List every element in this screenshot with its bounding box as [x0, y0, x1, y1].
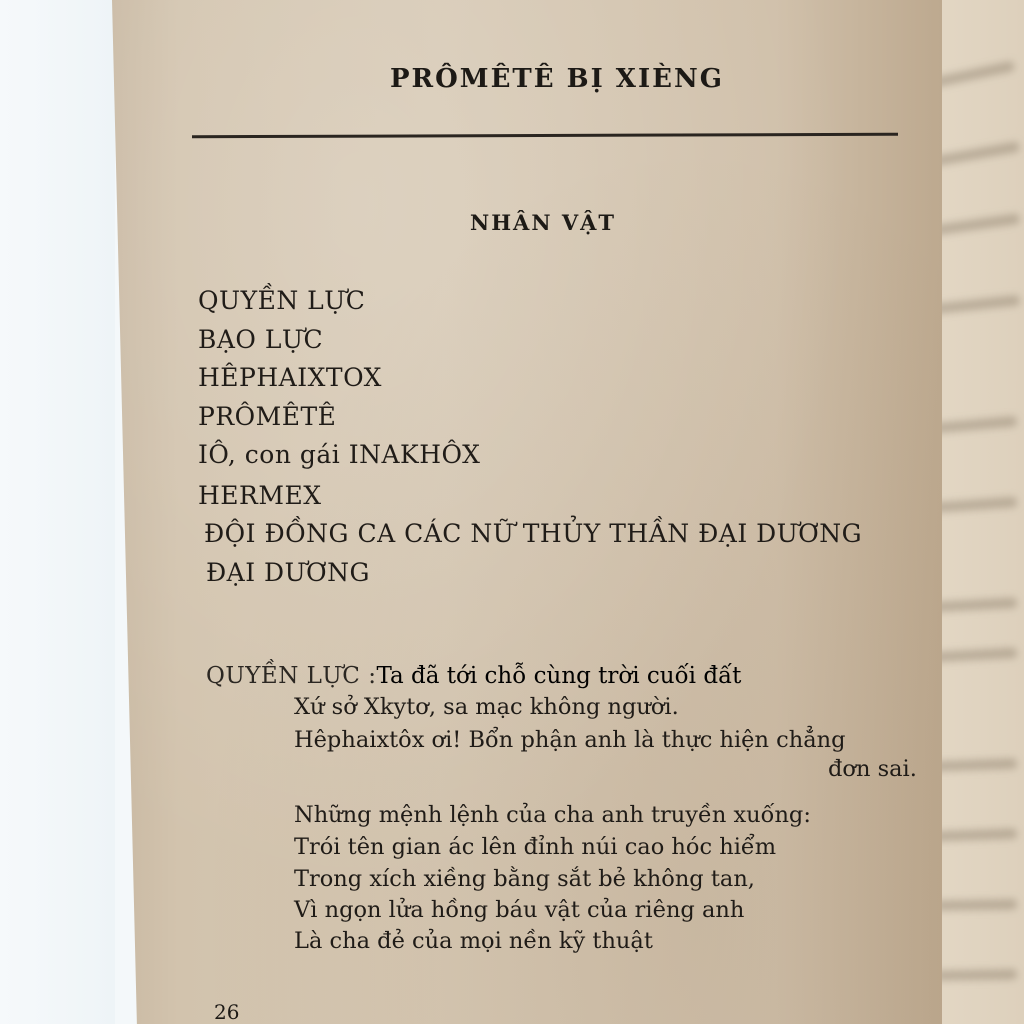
character-item: IÔ, con gái INAKHÔX	[198, 436, 862, 475]
dialogue-line: Vì ngọn lửa hồng báu vật của riêng anh	[294, 897, 744, 923]
dialogue-line: Trong xích xiềng bằng sắt bẻ không tan,	[294, 866, 755, 892]
speaker-name: QUYỀN LỰC :	[206, 663, 376, 689]
character-item: QUYỀN LỰC	[198, 282, 862, 321]
dialogue-line: Là cha đẻ của mọi nền kỹ thuật	[294, 928, 653, 954]
character-item: BẠO LỰC	[198, 321, 862, 360]
dialogue-line: Trói tên gian ác lên đỉnh núi cao hóc hi…	[294, 834, 776, 860]
page-title: PRÔMÊTÊ BỊ XIÈNG	[390, 64, 724, 94]
character-list: QUYỀN LỰC BẠO LỰC HÊPHAIXTOX PRÔMÊTÊ IÔ,…	[198, 282, 862, 592]
character-item: HÊPHAIXTOX	[198, 359, 862, 398]
dialogue-line-continuation: đơn sai.	[828, 756, 917, 782]
character-item: PRÔMÊTÊ	[198, 398, 862, 437]
character-item: ĐỘI ĐỒNG CA CÁC NỮ THỦY THẦN ĐẠI DƯƠNG	[204, 515, 862, 554]
page-number: 26	[214, 1000, 239, 1024]
dialogue-line: Xứ sở Xkytơ, sa mạc không người.	[294, 694, 679, 720]
section-heading: NHÂN VẬT	[470, 210, 616, 235]
dialogue-opening: QUYỀN LỰC :Ta đã tới chỗ cùng trời cuối …	[206, 660, 741, 692]
character-item: HERMEX	[198, 477, 862, 516]
dialogue-line: Những mệnh lệnh của cha anh truyền xuống…	[294, 802, 811, 828]
dialogue-line: Hêphaixtôx ơi! Bổn phận anh là thực hiện…	[294, 727, 846, 753]
character-item: ĐẠI DƯƠNG	[206, 554, 862, 593]
dialogue-line: Ta đã tới chỗ cùng trời cuối đất	[376, 663, 741, 689]
background-surface	[0, 0, 115, 1024]
